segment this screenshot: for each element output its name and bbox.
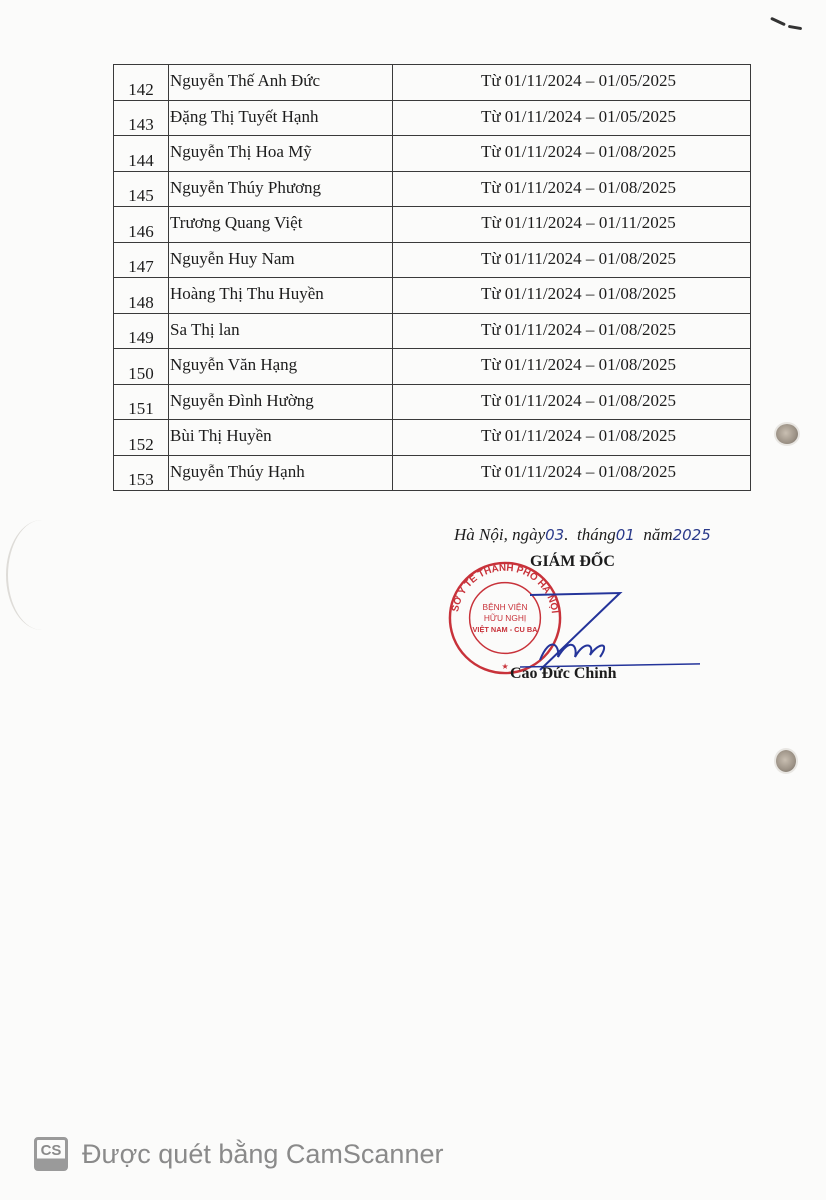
row-number: 148 [128,279,154,313]
table-row: 153 Nguyễn Thúy Hạnh Từ 01/11/2024 – 01/… [114,455,751,491]
period-cell: Từ 01/11/2024 – 01/08/2025 [393,349,751,385]
name-cell: Trương Quang Việt [169,207,393,243]
punch-hole-icon [776,424,798,444]
name-cell: Bùi Thị Huyền [169,420,393,456]
year-value: 2025 [673,526,711,544]
period-cell: Từ 01/11/2024 – 01/08/2025 [393,242,751,278]
contract-period: Từ 01/11/2024 – 01/05/2025 [467,65,676,91]
period-cell: Từ 01/11/2024 – 01/11/2025 [393,207,751,243]
contract-period: Từ 01/11/2024 – 01/08/2025 [467,278,676,304]
logo-text: CS [41,1142,62,1159]
name-cell: Nguyễn Thị Hoa Mỹ [169,136,393,172]
day-value: 03 [545,526,564,544]
row-number: 150 [128,350,154,384]
row-number-cell: 143 [114,100,169,136]
bleed-through-stamp [6,520,78,630]
table-row: 144 Nguyễn Thị Hoa Mỹ Từ 01/11/2024 – 01… [114,136,751,172]
name-cell: Nguyễn Văn Hạng [169,349,393,385]
contract-period: Từ 01/11/2024 – 01/08/2025 [467,243,676,269]
contract-period: Từ 01/11/2024 – 01/08/2025 [467,136,676,162]
row-number-cell: 153 [114,455,169,491]
period-cell: Từ 01/11/2024 – 01/08/2025 [393,278,751,314]
camscanner-watermark: CS Được quét bằng CamScanner [34,1137,443,1171]
staff-name: Trương Quang Việt [170,207,302,233]
row-number: 147 [128,243,154,277]
place-date-line: Hà Nội, ngày03. tháng01 năm2025 [454,525,711,545]
staff-name: Nguyễn Thị Hoa Mỹ [170,136,312,162]
row-number: 149 [128,314,154,348]
staff-name: Nguyễn Văn Hạng [170,349,297,375]
staff-roster-table: 142 Nguyễn Thế Anh Đức Từ 01/11/2024 – 0… [113,64,751,491]
name-cell: Đặng Thị Tuyết Hạnh [169,100,393,136]
contract-period: Từ 01/11/2024 – 01/08/2025 [467,420,676,446]
camscanner-logo-icon: CS [34,1137,68,1171]
table-row: 143 Đặng Thị Tuyết Hạnh Từ 01/11/2024 – … [114,100,751,136]
period-cell: Từ 01/11/2024 – 01/08/2025 [393,136,751,172]
staff-name: Nguyễn Huy Nam [170,243,295,269]
month-value: 01 [616,526,635,544]
name-cell: Nguyễn Huy Nam [169,242,393,278]
table-row: 148 Hoàng Thị Thu Huyền Từ 01/11/2024 – … [114,278,751,314]
handwritten-signature-icon [500,575,700,675]
period-cell: Từ 01/11/2024 – 01/05/2025 [393,100,751,136]
row-number-cell: 151 [114,384,169,420]
period-cell: Từ 01/11/2024 – 01/08/2025 [393,420,751,456]
row-number: 151 [128,385,154,419]
row-number: 143 [128,101,154,135]
row-number: 142 [128,66,154,100]
staff-name: Nguyễn Thế Anh Đức [170,65,320,91]
staff-name: Hoàng Thị Thu Huyền [170,278,324,304]
table-row: 142 Nguyễn Thế Anh Đức Từ 01/11/2024 – 0… [114,65,751,101]
name-cell: Nguyễn Thúy Phương [169,171,393,207]
row-number-cell: 146 [114,207,169,243]
row-number: 146 [128,208,154,242]
year-label: năm [643,525,672,544]
row-number: 144 [128,137,154,171]
table-row: 147 Nguyễn Huy Nam Từ 01/11/2024 – 01/08… [114,242,751,278]
row-number-cell: 150 [114,349,169,385]
contract-period: Từ 01/11/2024 – 01/11/2025 [467,207,675,233]
period-cell: Từ 01/11/2024 – 01/08/2025 [393,313,751,349]
table-row: 149 Sa Thị lan Từ 01/11/2024 – 01/08/202… [114,313,751,349]
punch-hole-icon [776,750,796,772]
staff-name: Đặng Thị Tuyết Hạnh [170,101,318,127]
contract-period: Từ 01/11/2024 – 01/05/2025 [467,101,676,127]
name-cell: Nguyễn Thế Anh Đức [169,65,393,101]
staff-name: Nguyễn Thúy Hạnh [170,456,305,482]
table-row: 151 Nguyễn Đình Hường Từ 01/11/2024 – 01… [114,384,751,420]
period-cell: Từ 01/11/2024 – 01/08/2025 [393,455,751,491]
name-cell: Sa Thị lan [169,313,393,349]
month-label: tháng [577,525,616,544]
table-row: 145 Nguyễn Thúy Phương Từ 01/11/2024 – 0… [114,171,751,207]
row-number-cell: 145 [114,171,169,207]
staff-name: Nguyễn Đình Hường [170,385,314,411]
signature-block: Hà Nội, ngày03. tháng01 năm2025 SỞ Y TẾ … [440,525,740,695]
row-number: 152 [128,421,154,455]
name-cell: Nguyễn Đình Hường [169,384,393,420]
place-prefix: Hà Nội, ngày [454,525,545,544]
row-number-cell: 147 [114,242,169,278]
row-number-cell: 149 [114,313,169,349]
table-row: 152 Bùi Thị Huyền Từ 01/11/2024 – 01/08/… [114,420,751,456]
row-number: 153 [128,456,154,490]
table-row: 150 Nguyễn Văn Hạng Từ 01/11/2024 – 01/0… [114,349,751,385]
row-number-cell: 152 [114,420,169,456]
period-cell: Từ 01/11/2024 – 01/08/2025 [393,384,751,420]
signer-name: Cao Đức Chinh [510,665,617,683]
director-title: GIÁM ĐỐC [530,553,615,571]
row-number-cell: 142 [114,65,169,101]
period-cell: Từ 01/11/2024 – 01/08/2025 [393,171,751,207]
name-cell: Nguyễn Thúy Hạnh [169,455,393,491]
row-number: 145 [128,172,154,206]
row-number-cell: 148 [114,278,169,314]
watermark-text: Được quét bằng CamScanner [82,1139,443,1170]
staff-name: Bùi Thị Huyền [170,420,272,446]
staff-name: Sa Thị lan [170,314,240,340]
contract-period: Từ 01/11/2024 – 01/08/2025 [467,349,676,375]
scan-mark [770,18,804,32]
period-cell: Từ 01/11/2024 – 01/05/2025 [393,65,751,101]
name-cell: Hoàng Thị Thu Huyền [169,278,393,314]
staff-name: Nguyễn Thúy Phương [170,172,321,198]
contract-period: Từ 01/11/2024 – 01/08/2025 [467,385,676,411]
contract-period: Từ 01/11/2024 – 01/08/2025 [467,456,676,482]
contract-period: Từ 01/11/2024 – 01/08/2025 [467,314,676,340]
contract-period: Từ 01/11/2024 – 01/08/2025 [467,172,676,198]
table-row: 146 Trương Quang Việt Từ 01/11/2024 – 01… [114,207,751,243]
row-number-cell: 144 [114,136,169,172]
